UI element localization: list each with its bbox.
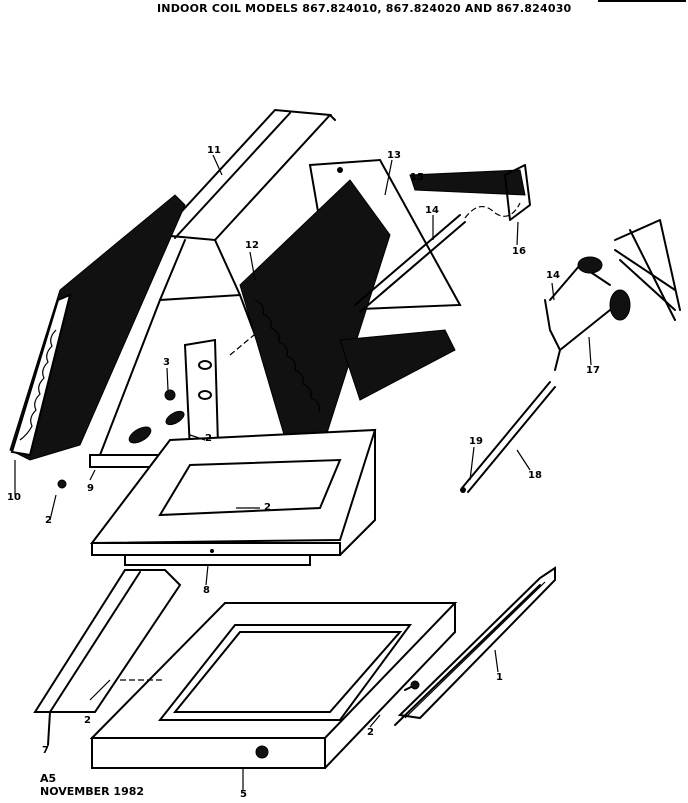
callout-7: 7	[42, 745, 49, 756]
callout-18: 18	[528, 470, 542, 481]
footer-code: A5	[40, 772, 144, 785]
callout-5: 5	[240, 789, 247, 800]
side-rail-right	[395, 568, 555, 725]
callout-2-left: 2	[45, 515, 52, 526]
callout-9: 9	[87, 483, 94, 494]
footer-date: NOVEMBER 1982	[40, 785, 144, 798]
callout-19: 19	[469, 436, 483, 447]
callout-2-pan: 2	[264, 502, 271, 513]
callout-2-base: 2	[367, 727, 374, 738]
callout-2-rail: 2	[84, 715, 91, 726]
callout-14-upper: 14	[425, 205, 439, 216]
callout-10: 10	[7, 492, 21, 503]
callout-16: 16	[512, 246, 526, 257]
callout-2-valve: 2	[205, 433, 212, 444]
callout-14-lower: 14	[546, 270, 560, 281]
exploded-parts-diagram	[0, 0, 688, 803]
footer: A5 NOVEMBER 1982	[40, 772, 144, 798]
callout-12: 12	[245, 240, 259, 251]
callout-17: 17	[586, 365, 600, 376]
callout-1: 1	[496, 672, 503, 683]
callout-11: 11	[207, 145, 221, 156]
callout-8: 8	[203, 585, 210, 596]
callout-3: 3	[163, 357, 170, 368]
callout-15: 15	[410, 172, 424, 183]
callout-13: 13	[387, 150, 401, 161]
expansion-valve-assembly	[545, 220, 680, 370]
